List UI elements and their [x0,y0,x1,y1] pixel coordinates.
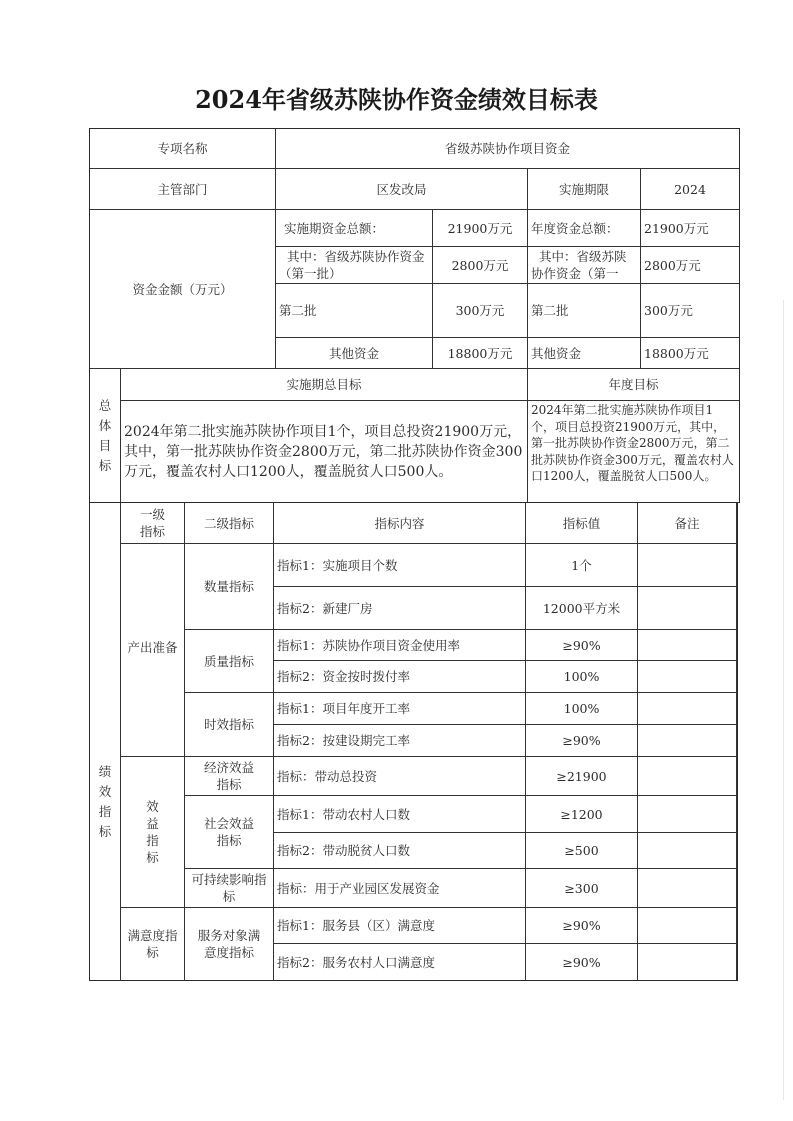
indicator-note [637,629,737,661]
indicator-value: ≥90% [525,724,638,757]
performance-label: 绩效指标 [89,502,121,981]
level1-output: 产出准备 [120,543,185,757]
indicator-content: 指标2：服务农村人口满意度 [273,943,526,981]
funding-label: 资金金额（万元） [89,209,276,369]
period-goal-header: 实施期总目标 [120,368,528,401]
funding-row-annual-value: 18800万元 [640,337,740,369]
funding-row-label: 其中：省级苏陕协作资金（第一批） [275,246,433,284]
level1-satisfaction: 满意度指标 [120,907,185,981]
level2-economic: 经济效益指标 [184,756,274,796]
indicator-value: ≥90% [525,907,638,944]
funding-row-annual-label: 年度资金总额： [527,209,641,247]
funding-row-annual-label: 第二批 [527,283,641,338]
project-name-value: 省级苏陕协作项目资金 [275,128,740,169]
indicator-note [637,692,737,725]
indicator-content: 指标2：按建设期完工率 [273,724,526,757]
indicator-note [637,795,737,833]
funding-row-value: 2800万元 [432,246,528,284]
header-content: 指标内容 [273,502,526,544]
indicator-content: 指标2：资金按时拨付率 [273,660,526,693]
level2-sustainable: 可持续影响指标 [184,868,274,908]
period-goal-text: 2024年第二批实施苏陕协作项目1个，项目总投资21900万元，其中，第一批苏陕… [120,400,528,503]
department-value: 区发改局 [275,168,528,210]
funding-row-annual-value: 21900万元 [640,209,740,247]
indicator-content: 指标1：实施项目个数 [273,543,526,587]
period-label: 实施期限 [527,168,641,210]
funding-row-value: 21900万元 [432,209,528,247]
funding-row-annual-label: 其中：省级苏陕协作资金（第一 [527,246,641,284]
level1-benefit: 效益指标 [120,756,185,908]
indicator-content: 指标：带动总投资 [273,756,526,796]
project-name-label: 专项名称 [89,128,276,169]
indicator-value: 100% [525,692,638,725]
indicator-value: ≥90% [525,629,638,661]
indicator-note [637,724,737,757]
indicator-content: 指标1：带动农村人口数 [273,795,526,833]
indicator-content: 指标：用于产业园区发展资金 [273,868,526,908]
header-level1: 一级指标 [120,502,185,544]
indicator-content: 指标2：新建厂房 [273,586,526,630]
performance-label-text: 绩效指标 [99,762,112,842]
funding-row-value: 300万元 [432,283,528,338]
indicator-note [637,543,737,587]
level2-service-satisfaction: 服务对象满意度指标 [184,907,274,981]
indicator-content: 指标2：带动脱贫人口数 [273,832,526,869]
indicator-note [637,756,737,796]
indicator-note [637,943,737,981]
indicator-value: 100% [525,660,638,693]
overall-goal-label: 总体目标 [89,368,121,503]
indicator-note [637,586,737,630]
funding-row-label: 第二批 [275,283,433,338]
department-label: 主管部门 [89,168,276,210]
indicator-value: ≥21900 [525,756,638,796]
scan-artifact-line [783,300,784,1100]
indicator-content: 指标1：苏陕协作项目资金使用率 [273,629,526,661]
header-note: 备注 [637,502,737,544]
level2-social: 社会效益指标 [184,795,274,869]
funding-row-value: 18800万元 [432,337,528,369]
indicator-value: ≥90% [525,943,638,981]
indicator-value: ≥300 [525,868,638,908]
funding-row-annual-value: 300万元 [640,283,740,338]
funding-row-annual-value: 2800万元 [640,246,740,284]
indicator-content: 指标1：服务县（区）满意度 [273,907,526,944]
indicator-note [637,660,737,693]
funding-row-label: 其他资金 [275,337,433,369]
indicator-content: 指标1：项目年度开工率 [273,692,526,725]
funding-row-annual-label: 其他资金 [527,337,641,369]
indicator-value: 1个 [525,543,638,587]
indicator-value: ≥1200 [525,795,638,833]
level2-quality: 质量指标 [184,629,274,693]
overall-goal-label-text: 总体目标 [99,396,112,476]
level2-timeliness: 时效指标 [184,692,274,757]
indicator-value: 12000平方米 [525,586,638,630]
funding-row-label: 实施期资金总额： [275,209,433,247]
header-value: 指标值 [525,502,638,544]
period-value: 2024 [640,168,740,210]
annual-goal-header: 年度目标 [527,368,740,401]
level2-quantity: 数量指标 [184,543,274,630]
indicator-note [637,868,737,908]
header-level2: 二级指标 [184,502,274,544]
document-title: 2024年省级苏陕协作资金绩效目标表 [0,80,793,115]
indicator-note [637,907,737,944]
indicator-value: ≥500 [525,832,638,869]
annual-goal-text: 2024年第二批实施苏陕协作项目1个，项目总投资21900万元，其中，第一批苏陕… [527,400,740,503]
indicator-note [637,832,737,869]
